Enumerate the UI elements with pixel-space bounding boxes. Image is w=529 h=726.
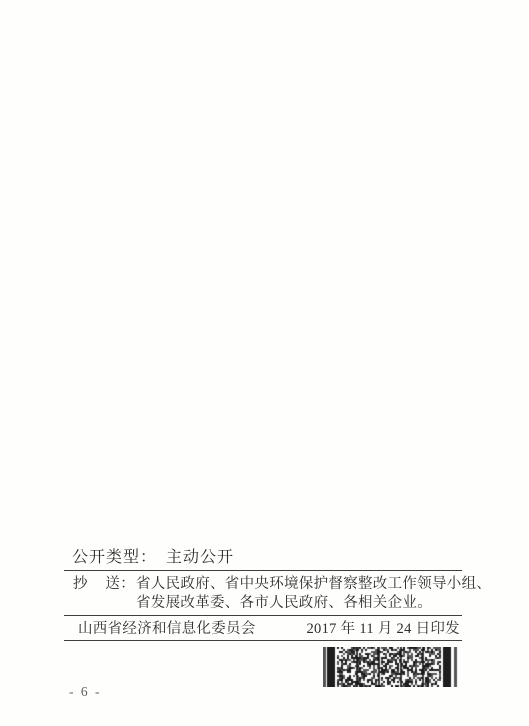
disclosure-type-row: 公开类型：主动公开 — [64, 548, 462, 570]
document-footer: 公开类型：主动公开 抄 送： 省人民政府、省中央环境保护督察整改工作领导小组、 … — [64, 548, 462, 687]
issuer-row: 山西省经济和信息化委员会 2017 年 11 月 24 日印发 — [64, 616, 462, 640]
print-barcode-icon — [323, 647, 460, 687]
cc-row: 抄 送： 省人民政府、省中央环境保护督察整改工作领导小组、 省发展改革委、各市人… — [64, 571, 462, 615]
cc-label: 抄 送： — [73, 575, 135, 594]
cc-recipients: 省人民政府、省中央环境保护督察整改工作领导小组、 省发展改革委、各市人民政府、各… — [135, 575, 491, 612]
cc-recipients-line1: 省人民政府、省中央环境保护督察整改工作领导小组、 — [136, 576, 491, 592]
issuing-agency: 山西省经济和信息化委员会 — [78, 621, 256, 637]
cc-recipients-line2: 省发展改革委、各市人民政府、各相关企业。 — [136, 595, 432, 611]
barcode-container — [64, 647, 460, 687]
print-date: 2017 年 11 月 24 日印发 — [307, 621, 461, 637]
cc-label-colon: 送： — [105, 575, 135, 594]
page-number: - 6 - — [69, 684, 102, 700]
scanned-document-page: 公开类型：主动公开 抄 送： 省人民政府、省中央环境保护督察整改工作领导小组、 … — [0, 0, 529, 726]
disclosure-type-label: 公开类型： — [72, 549, 157, 566]
cc-label-char: 抄 — [73, 575, 88, 594]
divider-line-bottom — [64, 640, 462, 641]
disclosure-type-value: 主动公开 — [166, 549, 234, 566]
